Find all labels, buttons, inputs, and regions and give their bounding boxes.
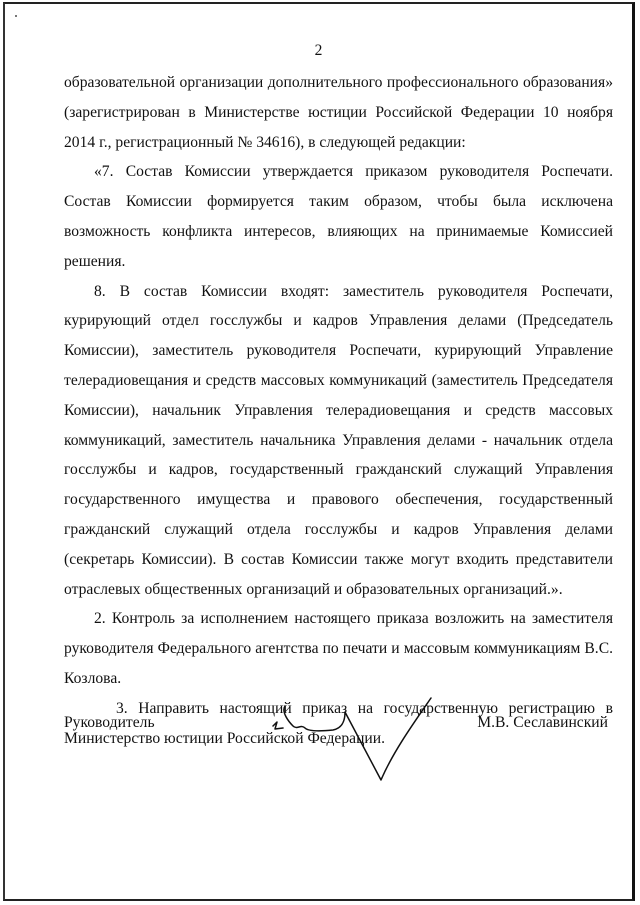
paragraph-item-7: «7. Состав Комиссии утверждается приказо… [64, 157, 613, 276]
signatory-name: М.В. Сеславинский [477, 714, 608, 732]
document-page: 2 образовательной организации дополнител… [3, 2, 635, 901]
handwritten-signature-icon [263, 684, 443, 784]
signatory-title: Руководитель [64, 714, 155, 732]
page-number: 2 [5, 42, 632, 60]
signature-block: Руководитель М.В. Сеславинский [64, 714, 613, 734]
document-body: образовательной организации дополнительн… [64, 68, 613, 753]
paragraph-item-2: 2. Контроль за исполнением настоящего пр… [64, 604, 613, 693]
paragraph-continuation: образовательной организации дополнительн… [64, 68, 613, 157]
scan-speck [15, 15, 17, 17]
paragraph-item-8: 8. В состав Комиссии входят: заместитель… [64, 277, 613, 605]
